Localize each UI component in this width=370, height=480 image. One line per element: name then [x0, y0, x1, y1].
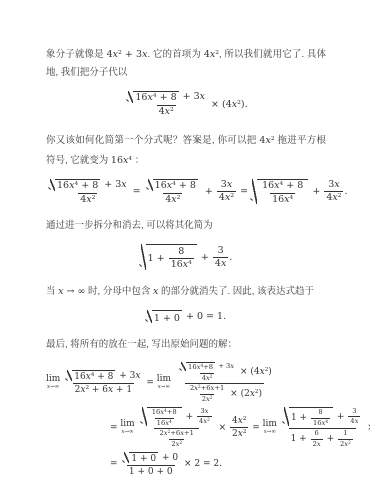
- formula-limit-value: 1 + 0 + 0 = 1.: [46, 310, 326, 324]
- paragraph-simplify-first-fraction: 你又该如何化简第一个分式呢？答案是, 你可以把 4x2 拖进平方根符号, 它就变…: [46, 130, 326, 170]
- formula-substitute-numerator: 16x4 + 8 + 3x4x2 × (4x2).: [46, 91, 326, 118]
- paragraph-limit-behavior: 当 x → ∞ 时, 分母中包含 x 的部分就消失了. 因此, 该表达式趋于: [46, 283, 326, 301]
- formula-split-fraction: 16x4 + 8 + 3x4x2 = 16x4 + 84x2 + 3x4x2 =…: [46, 179, 326, 206]
- paragraph-final-solution-intro: 最后, 将所有的放在一起, 写出原始问题的解：: [46, 336, 326, 354]
- paragraph-numerator-intro: 象分子就像是 4x2 + 3x. 它的首项为 4x2, 所以我们就用它了. 具体…: [46, 44, 326, 82]
- paragraph-further-simplify: 通过进一步拆分和消去, 可以将其化简为: [46, 217, 326, 235]
- final-derivation-line-3: = 1 + 0 + 01 + 0 + 0 × 2 = 2.: [110, 452, 326, 478]
- final-derivation-line-1: limx→∞16x4 + 8 + 3x2x2 + 6x + 1 = limx→∞…: [46, 362, 326, 404]
- final-derivation: limx→∞16x4 + 8 + 3x2x2 + 6x + 1 = limx→∞…: [46, 362, 326, 478]
- formula-simplified-expression: 1 + 816x4 + 34x.: [46, 244, 326, 271]
- final-derivation-line-2: = limx→∞16x4+816x4 + 3x4x22x2+6x+12x2 × …: [110, 407, 326, 449]
- document-page: 象分子就像是 4x2 + 3x. 它的首项为 4x2, 所以我们就用它了. 具体…: [0, 0, 370, 480]
